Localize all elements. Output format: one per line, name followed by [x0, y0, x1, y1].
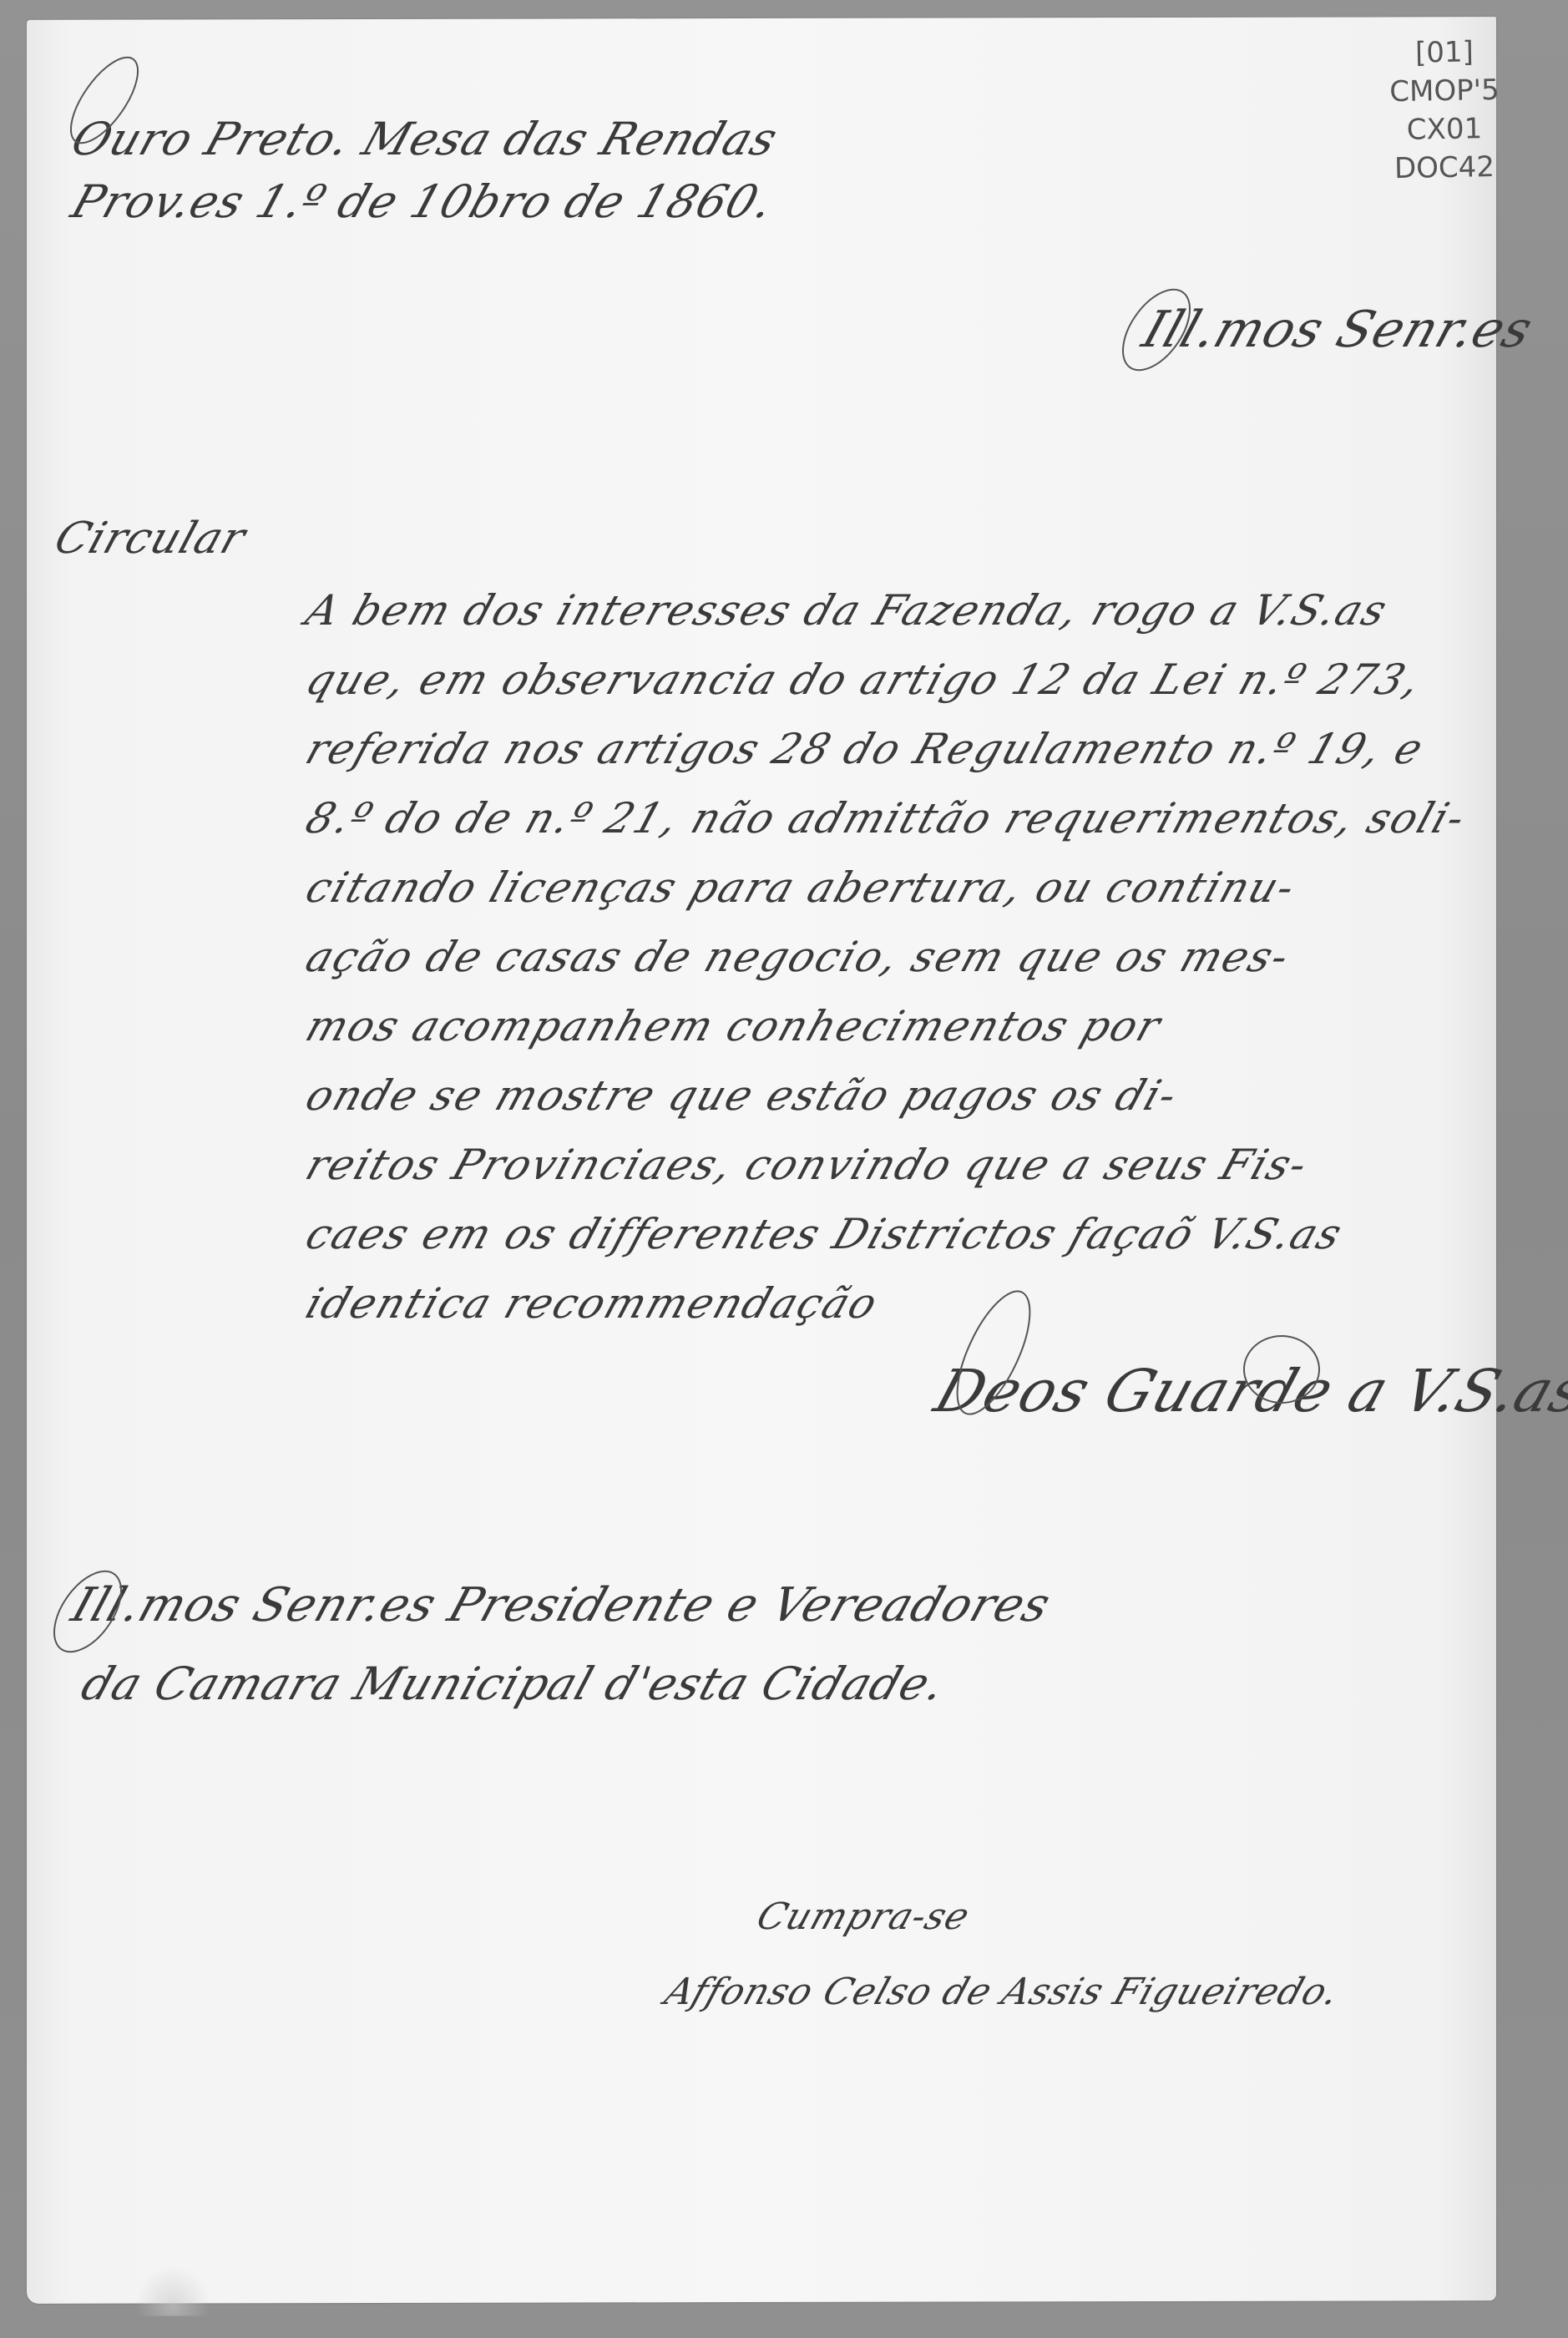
body-line: mos acompanhem conhecimentos por	[296, 992, 1513, 1061]
header-date: Prov.es 1.º de 10bro de 1860.	[65, 175, 781, 228]
closing-formula: Deos Guarde a V.S.as	[927, 1357, 1568, 1425]
body-line: A bem dos interesses da Fazenda, rogo a …	[296, 576, 1513, 645]
salutation: Ill.mos Senr.es	[1136, 301, 1540, 359]
circular-label: Circular	[48, 514, 252, 564]
archive-reference: [01] CMOP'5 CX01 DOC42	[1382, 33, 1507, 187]
body-line: 8.º do de n.º 21, não admittão requerime…	[296, 784, 1513, 853]
body-line: que, em observancia do artigo 12 da Lei …	[296, 645, 1513, 715]
header-place: Ouro Preto. Mesa das Rendas	[65, 113, 785, 165]
archive-ref-line: CX01	[1382, 109, 1508, 150]
letter-body: A bem dos interesses da Fazenda, rogo a …	[296, 576, 1490, 1339]
dispatch-annotation: Cumpra-se	[751, 1895, 975, 1938]
body-line: onde se mostre que estão pagos os di-	[296, 1061, 1513, 1131]
addressee-institution: da Camara Municipal d'esta Cidade.	[75, 1657, 953, 1710]
archive-ref-line: CMOP'5	[1382, 71, 1508, 112]
body-line: ação de casas de negocio, sem que os mes…	[296, 923, 1513, 992]
archive-ref-line: [01]	[1382, 33, 1508, 73]
signature: Affonso Celso de Assis Figueiredo.	[660, 1971, 1345, 2013]
body-line: referida nos artigos 28 do Regulamento n…	[296, 715, 1513, 784]
body-line: reitos Provinciaes, convindo que a seus …	[296, 1131, 1513, 1200]
body-line: caes em os differentes Districtos façaõ …	[296, 1200, 1513, 1269]
body-line: citando licenças para abertura, ou conti…	[296, 853, 1513, 923]
archive-ref-line: DOC42	[1382, 148, 1508, 189]
paper-stain	[135, 2265, 210, 2315]
body-line: identica recommendação	[296, 1269, 1513, 1339]
addressee-title: Ill.mos Senr.es Presidente e Vereadores	[65, 1578, 1058, 1632]
